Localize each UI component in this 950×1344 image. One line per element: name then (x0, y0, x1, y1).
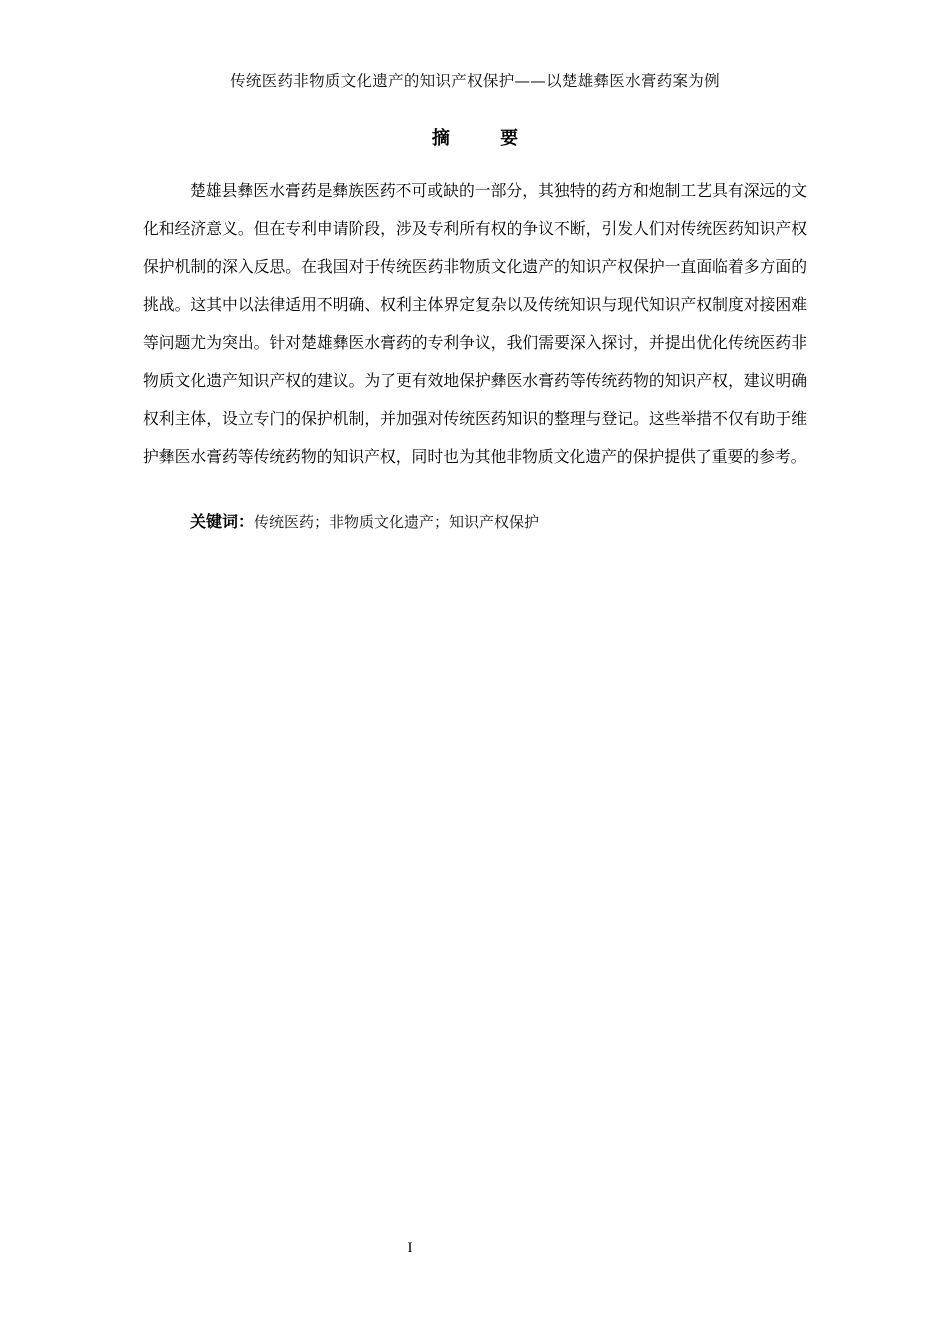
abstract-heading: 摘 要 (0, 126, 950, 152)
keywords-label: 关键词： (190, 512, 254, 531)
keywords-value: 传统医药；非物质文化遗产；知识产权保护 (254, 513, 539, 531)
abstract-paragraph: 楚雄县彝医水膏药是彝族医药不可或缺的一部分，其独特的药方和炮制工艺具有深远的文化… (143, 172, 807, 476)
keywords-line: 关键词：传统医药；非物质文化遗产；知识产权保护 (190, 509, 539, 535)
page-number: I (395, 1238, 425, 1258)
running-header: 传统医药非物质文化遗产的知识产权保护——以楚雄彝医水膏药案为例 (0, 70, 950, 92)
